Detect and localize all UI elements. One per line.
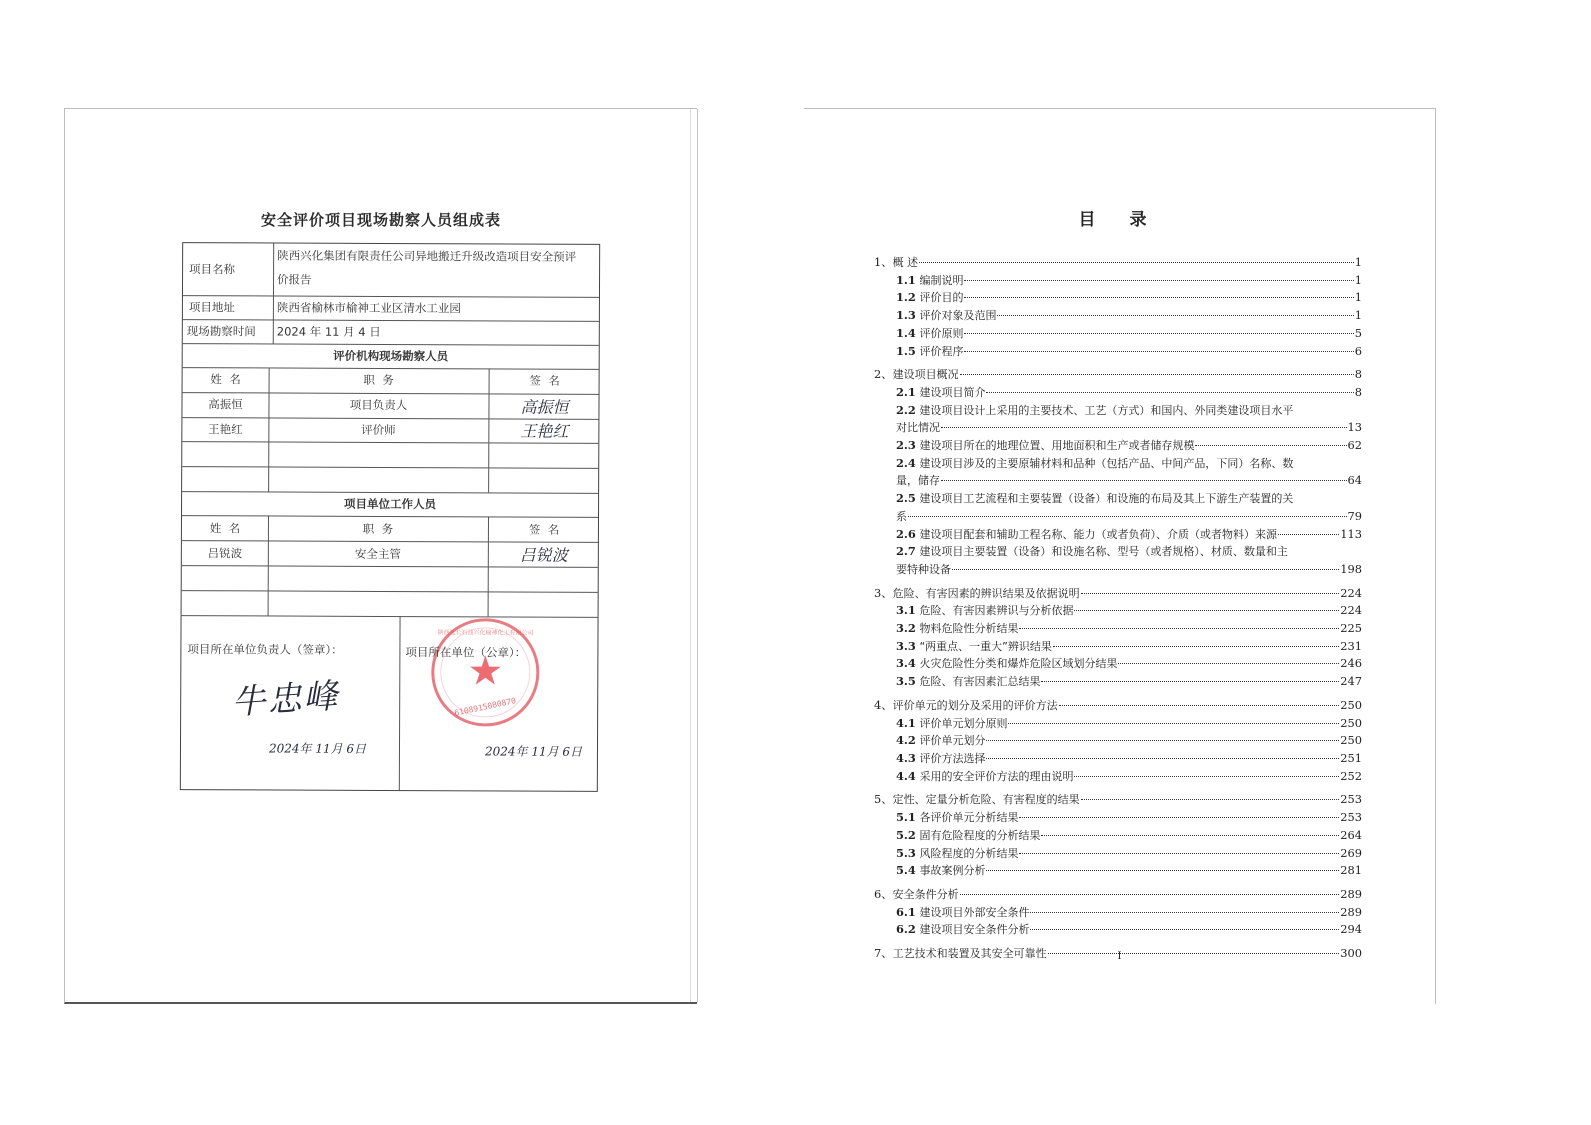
leader-dots [997,315,1353,316]
toc-entry[interactable]: 1.5 评价程序6 [874,343,1362,361]
person-signature [488,468,600,493]
toc-entry-number: 2.6 [896,526,916,543]
page-edge [690,109,691,1002]
toc-entry-line[interactable]: 2.4 建设项目涉及的主要原辅材料和品种（包括产品、中间产品，下同）名称、数 [874,455,1362,473]
person-name: 王艳红 [182,417,268,442]
toc-entry-number: 1.3 [896,307,916,324]
toc-entry-label: 采用的安全评价方法的理由说明 [919,769,1073,786]
toc-entry-page: 224 [1340,602,1362,619]
personnel-table: 项目名称 陕西兴化集团有限责任公司异地搬迁升级改造项目安全预评 价报告 项目地址… [180,242,600,792]
leader-dots [986,758,1339,759]
toc-entry-page: 64 [1348,472,1363,489]
toc-entry-page: 264 [1340,827,1362,844]
grid-header-row: 姓 名职 务签 名 [183,367,599,395]
toc-entry[interactable]: 5.2 固有危险程度的分析结果264 [874,827,1362,845]
toc-entry[interactable]: 4.4 采用的安全评价方法的理由说明252 [874,768,1362,786]
toc-entry-number: 6、 [874,886,893,903]
person-role [268,467,488,493]
toc-entry-label: 建设项目涉及的主要原辅材料和品种（包括产品、中间产品，下同）名称、数 [919,457,1293,470]
toc-entry[interactable]: 5.3 风险程度的分析结果269 [874,845,1362,863]
toc-entry-page: 62 [1348,437,1363,454]
toc-entry-label: 建设项目配套和辅助工程名称、能力（或者负荷）、介质（或者物料）来源 [919,527,1277,544]
person-role [268,590,488,616]
table-row [182,565,598,593]
leader-dots [1030,929,1339,930]
toc-entry-label: 各评价单元分析结果 [919,810,1018,827]
toc-entry-page: 8 [1355,384,1362,401]
toc-entry-number: 1、 [874,254,893,271]
toc-entry[interactable]: 1.4 评价原则5 [874,325,1362,343]
leader-dots [941,427,1347,428]
toc-entry-page: 247 [1340,673,1362,690]
leader-dots [1074,776,1339,777]
toc-entry-number: 4.4 [896,768,916,785]
table-row [182,590,598,618]
leader-dots [1278,534,1339,535]
unit-section-row: 项目单位工作人员 [182,491,598,518]
toc-entry-label: 固有危险程度的分析结果 [919,828,1040,845]
toc-entry-label: 建设项目概况 [893,367,959,384]
survey-time-value: 2024 年 11 月 4 日 [277,320,381,344]
grid-header-row: 姓 名职 务签 名 [182,515,598,543]
leader-dots [986,740,1339,741]
toc-entry-number: 2.5 [896,491,916,505]
leader-dots [941,480,1347,481]
toc-entry-number: 3.5 [896,673,916,690]
toc-entry-number: 2、 [874,366,893,383]
toc-entry[interactable]: 2.3 建设项目所在的地理位置、用地面积和生产或者储存规模62 [874,437,1362,455]
toc-entry-number: 2.3 [896,437,916,454]
toc-entry-label: 建设项目设计上采用的主要技术、工艺（方式）和国内、外同类建设项目水平 [919,404,1293,417]
toc-title: 目 录 [804,205,1435,230]
toc-entry-number: 4.2 [896,732,916,749]
toc-entry-number: 4.1 [896,715,916,732]
toc-entry-page: 294 [1340,921,1362,938]
toc-entry-label: 评价原则 [919,326,963,343]
project-name-label: 项目名称 [189,243,235,295]
toc-entry-number: 5、 [874,791,893,808]
toc-entry-line[interactable]: 2.5 建设项目工艺流程和主要装置（设备）和设施的布局及其上下游生产装置的关 [874,490,1362,508]
toc-entry-number: 4、 [874,697,893,714]
toc-entry-page: 8 [1355,366,1362,383]
table-row [182,441,598,469]
toc-entry[interactable]: 2.6 建设项目配套和辅助工程名称、能力（或者负荷）、介质（或者物料）来源113 [874,526,1362,544]
toc-entry-label: 评价方法选择 [919,751,985,768]
toc-entry-label: 评价单元划分原则 [919,716,1007,733]
toc-chapter[interactable]: 5、定性、定量分析危险、有害程度的结果253 [874,791,1362,809]
table-row: 高振恒项目负责人高振恒 [182,392,598,420]
toc-entry-page: 1 [1355,289,1362,306]
unit-seal-date: 2024年 11月 6日 [485,742,582,759]
toc-entry-number: 5.2 [896,827,916,844]
toc-entry[interactable]: 5.1 各评价单元分析结果253 [874,809,1362,827]
toc-entry-label: “两重点、一重大”辨识结果 [919,639,1051,656]
toc-entry-label: 建设项目所在的地理位置、用地面积和生产或者储存规模 [919,438,1194,455]
unit-seal-label: 项目所在单位（公章）： [405,644,526,661]
toc-entry-label: 建设项目工艺流程和主要装置（设备）和设施的布局及其上下游生产装置的关 [919,492,1293,505]
page-edge [697,109,698,1002]
toc-entry-page: 5 [1355,325,1362,342]
survey-time-label: 现场勘察时间 [187,319,256,343]
toc-entry-label: 安全条件分析 [893,887,959,904]
toc-entry-number: 3.1 [896,602,916,619]
leader-dots [960,894,1340,895]
toc-entry-label: 危险、有害因素辨识与分析依据 [919,603,1073,620]
toc-entry-page: 1 [1355,254,1362,271]
toc-chapter[interactable]: 6、安全条件分析289 [874,886,1362,904]
toc-entry-label: 事故案例分析 [919,863,985,880]
toc-entry-page: 6 [1355,343,1362,360]
unit-section-title: 项目单位工作人员 [182,491,598,517]
toc-entry-page: 251 [1340,750,1362,767]
project-name-value-line1: 陕西兴化集团有限责任公司异地搬迁升级改造项目安全预评 [277,248,576,265]
toc-entry[interactable]: 5.4 事故案例分析281 [874,862,1362,880]
survey-time-row: 现场勘察时间 2024 年 11 月 4 日 [183,319,599,346]
toc-entry-label: 定性、定量分析危险、有害程度的结果 [893,792,1080,809]
form-title: 安全评价项目现场勘察人员组成表 [65,209,697,230]
toc-entry-label: 编制说明 [919,273,963,290]
toc-entry[interactable]: 1.2 评价目的1 [874,289,1362,307]
leader-dots [1019,853,1339,854]
toc-entry[interactable]: 3.5 危险、有害因素汇总结果247 [874,673,1362,691]
toc-entry[interactable]: 3.2 物料危险性分析结果225 [874,620,1362,638]
person-signature [488,566,600,591]
toc-entry-number: 3.4 [896,655,916,672]
leader-dots [1118,663,1339,664]
toc-entry-page: 252 [1340,768,1362,785]
person-role: 安全主管 [268,540,488,566]
toc-entry-number: 1.4 [896,325,916,342]
toc-chapter[interactable]: 1、概 述1 [874,254,1362,272]
toc-entry-page: 289 [1340,886,1362,903]
name-column-header: 姓 名 [182,515,268,540]
toc-entry-page: 253 [1340,791,1362,808]
toc-entry-number: 5.3 [896,845,916,862]
toc-entry[interactable]: 2.1 建设项目简介8 [874,384,1362,402]
leader-dots [1053,646,1339,647]
toc-entry[interactable]: 1.1 编制说明1 [874,272,1362,290]
table-row: 吕锐波安全主管吕锐波 [182,540,598,568]
toc-entry-number: 1.2 [896,289,916,306]
project-name-value-line2: 价报告 [277,272,312,288]
company-seal: 陕西延长石油兴化榆神化工有限公司 ★ 6108915080870 [431,618,539,726]
toc-chapter[interactable]: 3、危险、有害因素的辨识结果及依据说明224 [874,585,1362,603]
toc-entry-page: 79 [1348,508,1363,525]
leader-dots [960,374,1354,375]
leader-dots [919,262,1354,263]
leader-dots [986,870,1339,871]
toc-entry-page: 225 [1340,620,1362,637]
toc-entry-label: 评价对象及范围 [919,308,996,325]
project-address-row: 项目地址 陕西省榆林市榆神工业区清水工业园 [183,295,599,322]
toc-list: 1、概 述11.1 编制说明11.2 评价目的11.3 评价对象及范围11.4 … [874,254,1362,963]
toc-entry-label: 评价目的 [919,290,963,307]
org-section-title: 评价机构现场勘察人员 [183,343,599,369]
toc-entry-page: 224 [1340,585,1362,602]
toc-entry-page: 198 [1340,561,1362,578]
unit-leader-date: 2024年 11月 6日 [269,739,366,756]
toc-entry[interactable]: 对比情况13 [874,419,1362,437]
person-role: 项目负责人 [268,392,488,418]
project-name-row: 项目名称 陕西兴化集团有限责任公司异地搬迁升级改造项目安全预评 价报告 [183,243,599,298]
org-section-row: 评价机构现场勘察人员 [183,343,599,370]
toc-entry-number: 6.1 [896,904,916,921]
leader-dots [1059,705,1340,706]
toc-entry-number: 5.1 [896,809,916,826]
project-address-label: 项目地址 [189,295,235,319]
toc-entry-label: 火灾危险性分类和爆炸危险区域划分结果 [919,656,1117,673]
person-signature: 高振恒 [488,393,600,418]
person-name [182,565,268,590]
project-address-value: 陕西省榆林市榆神工业区清水工业园 [277,296,461,321]
toc-entry-page: 113 [1340,526,1362,543]
person-role [268,565,488,591]
toc-entry-page: 246 [1340,655,1362,672]
toc-entry[interactable]: 3.4 火灾危险性分类和爆炸危险区域划分结果246 [874,655,1362,673]
toc-entry[interactable]: 3.3 “两重点、一重大”辨识结果231 [874,638,1362,656]
toc-entry-page: 250 [1340,697,1362,714]
person-signature: 吕锐波 [488,541,600,566]
leader-dots [1008,723,1339,724]
toc-entry-page: 250 [1340,732,1362,749]
toc-entry[interactable]: 系79 [874,508,1362,526]
person-signature [488,443,600,468]
toc-entry-number: 2.1 [896,384,916,401]
table-of-contents-page: 目 录 1、概 述11.1 编制说明11.2 评价目的11.3 评价对象及范围1… [804,108,1436,1004]
table-row [182,466,598,494]
toc-entry-page: 289 [1340,904,1362,921]
toc-entry-label: 建设项目外部安全条件 [919,905,1029,922]
person-name: 高振恒 [182,392,268,417]
toc-chapter[interactable]: 4、评价单元的划分及采用的评价方法250 [874,697,1362,715]
toc-entry-label-cont: 系 [896,509,907,526]
toc-entry-label: 评价程序 [919,344,963,361]
person-role [268,442,488,468]
table-row: 王艳红评价师王艳红 [182,417,598,445]
toc-entry-number: 3.3 [896,638,916,655]
toc-entry[interactable]: 4.1 评价单元划分原则250 [874,715,1362,733]
toc-entry-number: 4.3 [896,750,916,767]
toc-entry-number: 5.4 [896,862,916,879]
person-name [182,590,268,615]
survey-personnel-form-page: 安全评价项目现场勘察人员组成表 项目名称 陕西兴化集团有限责任公司异地搬迁升级改… [64,108,697,1004]
toc-entry[interactable]: 4.2 评价单元划分250 [874,732,1362,750]
signature-column-header: 签 名 [488,516,600,541]
toc-entry-number: 1.5 [896,343,916,360]
leader-dots [964,333,1353,334]
leader-dots [964,351,1353,352]
person-name: 吕锐波 [182,540,268,565]
person-name [182,441,268,466]
toc-entry-label: 评价单元的划分及采用的评价方法 [893,698,1058,715]
person-signature: 王艳红 [488,418,600,443]
toc-entry-label: 评价单元划分 [919,733,985,750]
leader-dots [1081,593,1340,594]
person-name [182,466,268,491]
toc-entry-label: 风险程度的分析结果 [919,846,1018,863]
toc-entry-number: 6.2 [896,921,916,938]
toc-entry-label: 建设项目简介 [919,385,985,402]
seal-text: 陕西延长石油兴化榆神化工有限公司 [434,627,536,636]
toc-entry-label: 建设项目安全条件分析 [919,922,1029,939]
leader-dots [1030,912,1339,913]
toc-entry-page: 269 [1340,845,1362,862]
leader-dots [964,280,1353,281]
toc-entry[interactable]: 6.1 建设项目外部安全条件289 [874,904,1362,922]
leader-dots [986,392,1353,393]
signature-column-header: 签 名 [489,368,601,393]
toc-entry[interactable]: 1.3 评价对象及范围1 [874,307,1362,325]
page-number: I [804,951,1435,962]
leader-dots [1019,628,1339,629]
toc-entry-number: 2.4 [896,456,916,470]
toc-entry-line[interactable]: 2.7 建设项目主要装置（设备）和设施名称、型号（或者规格）、材质、数量和主 [874,543,1362,561]
toc-entry-label: 危险、有害因素的辨识结果及依据说明 [893,586,1080,603]
leader-dots [1074,610,1339,611]
toc-entry[interactable]: 要特种设备198 [874,561,1362,579]
unit-leader-signature: 牛忠峰 [230,668,341,724]
leader-dots [1041,835,1339,836]
toc-entry-label: 建设项目主要装置（设备）和设施名称、型号（或者规格）、材质、数量和主 [919,545,1288,558]
role-column-header: 职 务 [268,515,488,541]
toc-entry-page: 1 [1355,272,1362,289]
toc-entry-number: 3.2 [896,620,916,637]
toc-entry[interactable]: 3.1 危险、有害因素辨识与分析依据224 [874,602,1362,620]
toc-entry[interactable]: 4.3 评价方法选择251 [874,750,1362,768]
leader-dots [908,516,1347,517]
toc-entry-number: 2.7 [896,544,916,558]
toc-entry-page: 1 [1355,307,1362,324]
toc-entry-page: 253 [1340,809,1362,826]
unit-leader-label: 项目所在单位负责人（签章）： [187,641,342,658]
toc-entry-label: 危险、有害因素汇总结果 [919,674,1040,691]
leader-dots [1041,681,1339,682]
leader-dots [964,297,1353,298]
toc-entry-page: 281 [1340,862,1362,879]
toc-entry[interactable]: 6.2 建设项目安全条件分析294 [874,921,1362,939]
leader-dots [1081,799,1340,800]
toc-entry-label-cont: 要特种设备 [896,562,951,579]
toc-entry-label-cont: 对比情况 [896,420,940,437]
toc-chapter[interactable]: 2、建设项目概况8 [874,366,1362,384]
toc-entry-label: 物料危险性分析结果 [919,621,1018,638]
role-column-header: 职 务 [269,367,489,393]
toc-entry-label: 概 述 [893,255,919,272]
leader-dots [952,569,1339,570]
toc-entry-line[interactable]: 2.2 建设项目设计上采用的主要技术、工艺（方式）和国内、外同类建设项目水平 [874,402,1362,420]
toc-entry-page: 250 [1340,715,1362,732]
toc-entry-label-cont: 量，储存 [896,473,940,490]
person-role: 评价师 [268,417,488,443]
leader-dots [1195,445,1346,446]
toc-entry-number: 1.1 [896,272,916,289]
toc-entry-number: 3、 [874,585,893,602]
toc-entry-page: 13 [1348,419,1363,436]
person-signature [488,591,600,616]
leader-dots [1019,817,1339,818]
toc-entry-number: 2.2 [896,403,916,417]
toc-entry-page: 231 [1340,638,1362,655]
toc-entry[interactable]: 量，储存64 [874,472,1362,490]
name-column-header: 姓 名 [183,367,269,392]
